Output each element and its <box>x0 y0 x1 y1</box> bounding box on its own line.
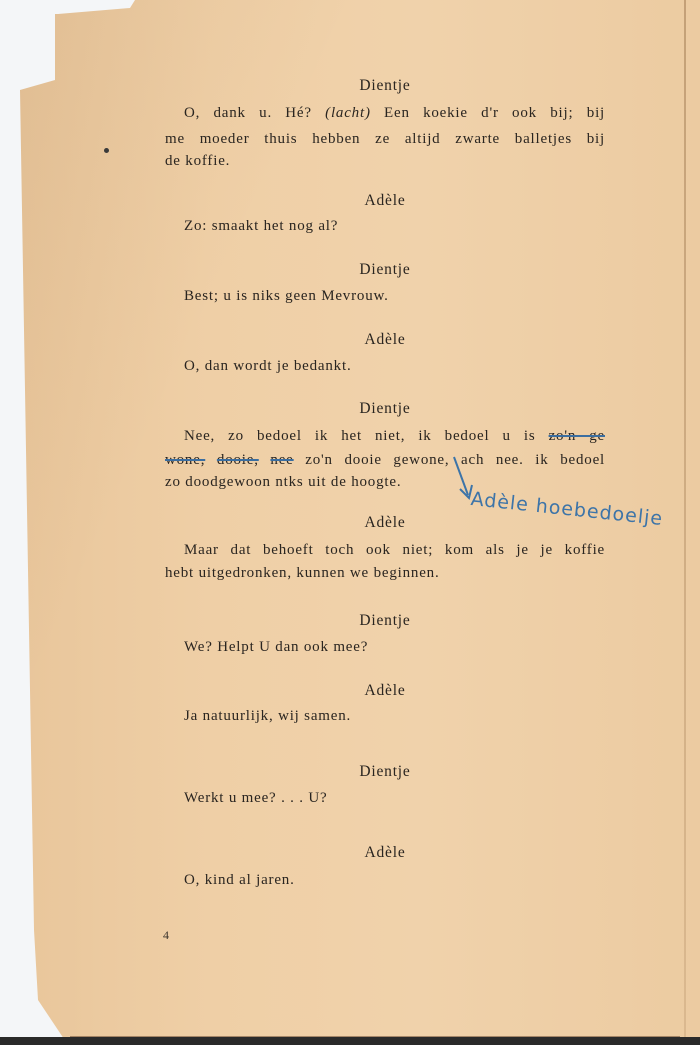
speaker-name: Adèle <box>165 682 605 700</box>
speaker-name: Dientje <box>165 612 605 630</box>
ink-spot <box>104 148 109 153</box>
dialogue-line: wone, dooie, nee zo'n dooie gewone, ach … <box>165 452 605 469</box>
speaker-name: Dientje <box>165 400 605 418</box>
dialogue-line: me moeder thuis hebben ze altijd zwarte … <box>165 131 605 148</box>
dialogue-line: Ja natuurlijk, wij samen. <box>165 708 605 725</box>
speaker-name: Dientje <box>165 261 605 279</box>
dialogue-line: O, dank u. Hé? (lacht) Een koekie d'r oo… <box>165 105 605 122</box>
struck-text: zo'n ge <box>549 428 605 444</box>
dialogue-line: We? Helpt U dan ook mee? <box>165 639 605 656</box>
scan-border <box>0 1037 700 1045</box>
dialogue-line: O, kind al jaren. <box>165 872 605 889</box>
struck-text: wone, <box>165 452 205 468</box>
speaker-name: Adèle <box>165 844 605 862</box>
dialogue-line: zo doodgewoon ntks uit de hoogte. <box>165 474 605 491</box>
dialogue-line: O, dan wordt je bedankt. <box>165 358 605 375</box>
speaker-name: Dientje <box>165 77 605 95</box>
dialogue-line: Best; u is niks geen Mevrouw. <box>165 288 605 305</box>
struck-text: dooie, <box>217 452 259 468</box>
dialogue-line: hebt uitgedronken, kunnen we beginnen. <box>165 565 605 582</box>
dialogue-line: Zo: smaakt het nog al? <box>165 218 605 235</box>
page-fold-edge <box>684 0 686 1045</box>
dialogue-line: Maar dat behoeft toch ook niet; kom als … <box>165 542 605 559</box>
dialogue-line: Werkt u mee? . . . U? <box>165 790 605 807</box>
struck-text: nee <box>270 452 293 468</box>
page-number: 4 <box>163 928 170 943</box>
speaker-name: Adèle <box>165 331 605 349</box>
dialogue-line: de koffie. <box>165 153 605 170</box>
speaker-name: Adèle <box>165 192 605 210</box>
dialogue-line: Nee, zo bedoel ik het niet, ik bedoel u … <box>165 428 605 445</box>
stage-direction: (lacht) <box>325 105 371 121</box>
speaker-name: Dientje <box>165 763 605 781</box>
